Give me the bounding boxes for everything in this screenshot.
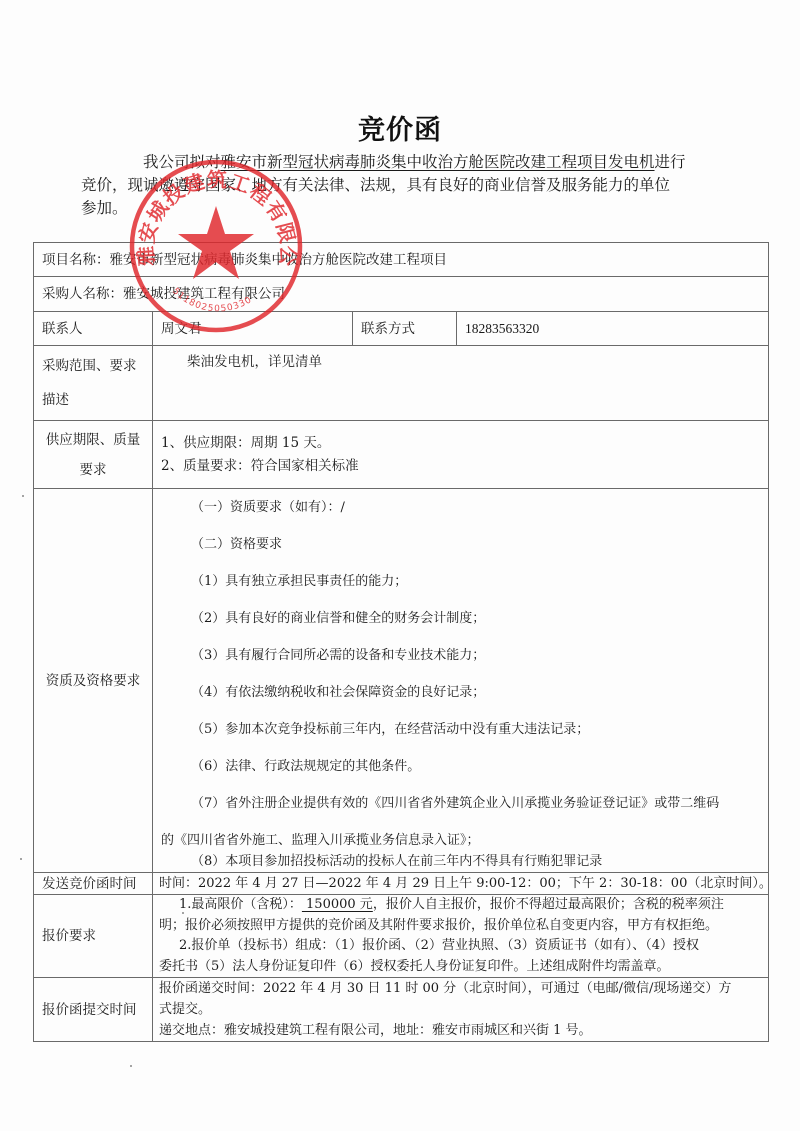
send-time-value: 时间：2022 年 4 月 27 日—2022 年 4 月 29 日上午 9:0… <box>153 873 769 895</box>
intro-line3: 参加。 <box>81 197 771 220</box>
quote-item-1-suffix: ，报价人自主报价，报价不得超过最高限价；含税的税率须注 <box>373 897 724 912</box>
quote-item-2-line2: 委托书（5）法人身份证复印件（6）授权委托人身份证复印件。上述组成附件均需盖章。 <box>159 957 764 978</box>
quote-item-1-prefix: 1.最高限价（含税）： <box>179 897 302 912</box>
qualification-label: 资质及资格要求 <box>34 489 153 873</box>
row-contact: 联系人 周文君 联系方式 18283563320 <box>34 312 769 346</box>
submit-line3: 递交地点：雅安城投建筑工程有限公司，地址：雅安市雨城区和兴街 1 号。 <box>159 1020 760 1041</box>
supply-label-line2: 要求 <box>42 455 144 485</box>
intro-paragraph: 我公司拟对雅安市新型冠状病毒肺炎集中收治方舱医院改建工程项目发电机进行 竞价，现… <box>81 151 771 220</box>
row-send-time: 发送竞价函时间 时间：2022 年 4 月 27 日—2022 年 4 月 29… <box>34 873 769 895</box>
submit-time-value: 报价函递交时间：2022 年 4 月 30 日 11 时 00 分（北京时间），… <box>153 978 769 1042</box>
qualification-item: （二）资格要求 <box>161 526 760 563</box>
supply-item: 2、质量要求：符合国家相关标准 <box>161 455 760 478</box>
supply-label-line1: 供应期限、质量 <box>42 425 144 455</box>
scope-label-line1: 采购范围、要求 <box>42 349 144 383</box>
quote-item-1: 1.最高限价（含税）： 150000 元，报价人自主报价，报价不得超过最高限价；… <box>159 895 764 916</box>
project-name-value: 雅安市新型冠状病毒肺炎集中收治方舱医院改建工程项目 <box>110 252 448 268</box>
buyer-name-value: 雅安城投建筑工程有限公司 <box>123 286 285 302</box>
submit-line1: 报价函递交时间：2022 年 4 月 30 日 11 时 00 分（北京时间），… <box>159 978 760 999</box>
row-scope: 采购范围、要求 描述 柴油发电机，详见清单 <box>34 346 769 421</box>
contact-person-label: 联系人 <box>34 312 153 346</box>
quote-requirements-value: 1.最高限价（含税）： 150000 元，报价人自主报价，报价不得超过最高限价；… <box>153 895 769 978</box>
scope-value: 柴油发电机，详见清单 <box>153 346 769 421</box>
qualification-item-continued: 的《四川省省外施工、监理入川承揽业务信息录入证》； <box>161 829 760 852</box>
row-buyer-name: 采购人名称：雅安城投建筑工程有限公司 <box>34 277 769 312</box>
row-qualification: 资质及资格要求 （一）资质要求（如有）：/ （二）资格要求 （1）具有独立承担民… <box>34 489 769 873</box>
supply-item: 1、供应期限：周期 15 天。 <box>161 432 760 455</box>
intro-prefix: 我公司拟对 <box>143 153 221 171</box>
qualification-item: （8）本项目参加招投标活动的投标人在前三年内不得具有行贿犯罪记录 <box>161 852 760 872</box>
row-supply: 供应期限、质量 要求 1、供应期限：周期 15 天。 2、质量要求：符合国家相关… <box>34 421 769 489</box>
row-project-name: 项目名称：雅安市新型冠状病毒肺炎集中收治方舱医院改建工程项目 <box>34 243 769 277</box>
contact-person-value: 周文君 <box>153 312 353 346</box>
qualification-item: （一）资质要求（如有）：/ <box>161 489 760 526</box>
contact-method-value: 18283563320 <box>457 312 769 346</box>
project-name-label: 项目名称： <box>42 252 110 268</box>
buyer-name-label: 采购人名称： <box>42 286 123 302</box>
scope-label-line2: 描述 <box>42 383 144 417</box>
row-submit-time: 报价函提交时间 报价函递交时间：2022 年 4 月 30 日 11 时 00 … <box>34 978 769 1042</box>
send-time-label: 发送竞价函时间 <box>34 873 153 895</box>
qualification-item: （6）法律、行政法规规定的其他条件。 <box>161 748 760 785</box>
contact-method-label: 联系方式 <box>353 312 457 346</box>
submit-time-label: 报价函提交时间 <box>34 978 153 1042</box>
qualification-item: （1）具有独立承担民事责任的能力； <box>161 563 760 600</box>
scope-label: 采购范围、要求 描述 <box>34 346 153 421</box>
intro-line2: 竞价，现诚邀遵守国家、地方有关法律、法规，具有良好的商业信誉及服务能力的单位 <box>81 174 771 197</box>
supply-value: 1、供应期限：周期 15 天。 2、质量要求：符合国家相关标准 <box>153 421 769 489</box>
quote-item-1-line2: 明；报价必须按照甲方提供的竞价函及其附件要求报价，报价单位私自变更内容，甲方有权… <box>159 916 764 937</box>
supply-label: 供应期限、质量 要求 <box>34 421 153 489</box>
qualification-item: （3）具有履行合同所必需的设备和专业技术能力； <box>161 637 760 674</box>
bid-info-table: 项目名称：雅安市新型冠状病毒肺炎集中收治方舱医院改建工程项目 采购人名称：雅安城… <box>33 242 769 1042</box>
intro-project-name: 雅安市新型冠状病毒肺炎集中收治方舱医院改建工程项目发电机 <box>221 153 655 171</box>
intro-line1-suffix: 进行 <box>655 153 686 171</box>
quote-item-2-line1: 2.报价单（投标书）组成：（1）报价函、（2）营业执照、（3）资质证书（如有）、… <box>159 936 764 957</box>
qualification-list: （一）资质要求（如有）：/ （二）资格要求 （1）具有独立承担民事责任的能力； … <box>153 489 769 873</box>
qualification-item: （5）参加本次竞争投标前三年内，在经营活动中没有重大违法记录； <box>161 711 760 748</box>
qualification-item: （4）有依法缴纳税收和社会保障资金的良好记录； <box>161 674 760 711</box>
qualification-item: （2）具有良好的商业信誉和健全的财务会计制度； <box>161 600 760 637</box>
qualification-item: （7）省外注册企业提供有效的《四川省省外建筑企业入川承揽业务验证登记证》或带二维… <box>161 785 760 822</box>
row-quote-requirements: 报价要求 1.最高限价（含税）： 150000 元，报价人自主报价，报价不得超过… <box>34 895 769 978</box>
max-price-amount: 150000 元 <box>302 897 373 912</box>
submit-line2: 式提交。 <box>159 999 760 1020</box>
document-title: 竞价函 <box>0 108 800 147</box>
quote-requirements-label: 报价要求 <box>34 895 153 978</box>
